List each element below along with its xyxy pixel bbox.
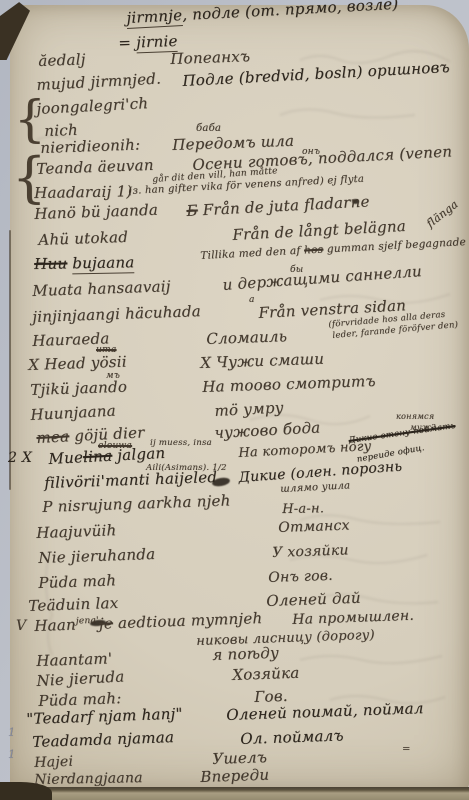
pencil-mark: 1: [8, 726, 15, 739]
superscript-note: elouwa: [98, 441, 132, 451]
entry-word: Ahü utokad: [38, 228, 128, 249]
superscript-note: баба: [196, 123, 221, 134]
pencil-mark: 1: [8, 748, 15, 761]
entry-gloss: Отмансх: [278, 518, 350, 536]
page-header-line: = jirnie: [118, 32, 178, 52]
superscript-note: ij muess, insa: [150, 438, 212, 448]
margin-marker: V: [16, 618, 26, 634]
superscript-note: ита: [96, 345, 116, 355]
superscript-note: jena': [76, 616, 99, 627]
entry-word: Haajuvüih: [36, 521, 117, 542]
strikethrough-text: Б: [186, 201, 198, 220]
strikethrough-text: Huu: [34, 254, 67, 273]
entry-gloss: Хозяйка: [232, 664, 300, 684]
entry-word: Huu bujaana: [34, 253, 135, 273]
entry-word: ăedalj: [38, 50, 86, 70]
entry-word: nieridieonih:: [40, 136, 141, 157]
strikethrough-text: je: [99, 614, 114, 632]
strikethrough-text: hos: [304, 244, 324, 257]
manuscript-photo: jirmnje, подле (от. прямо, возле) = jirn…: [0, 0, 469, 800]
entry-gloss: тӧ умру: [214, 398, 284, 420]
superscript-note: мъ: [106, 371, 120, 381]
under-pages-edge: [0, 787, 469, 800]
entry-gloss: Ол. поймалъ: [240, 726, 344, 748]
entry-word: Teäduin lax: [28, 594, 119, 615]
strikethrough-text: mea: [36, 427, 70, 447]
entry-gloss: Попеанхъ: [170, 47, 251, 68]
entry-gloss: Впереди: [200, 766, 270, 786]
marginal-note: конямся: [396, 412, 434, 421]
entry-gloss: Сломаиль: [206, 327, 287, 348]
entry-gloss: Онъ гов.: [268, 568, 333, 586]
entry-word: Püda mah: [38, 571, 116, 592]
marginal-note: =: [402, 744, 411, 755]
headword-underlined: jirmnje: [126, 6, 183, 29]
entry-word: Hajei: [34, 754, 73, 771]
entry-word: Nierdangjaana: [34, 770, 143, 788]
superscript-note: a: [249, 295, 255, 305]
entry-gloss: Н-а-н.: [282, 501, 324, 517]
margin-marker: X: [28, 356, 40, 374]
entry-word: Haadaraij 1): [34, 182, 133, 202]
equals-sign: =: [118, 34, 131, 52]
margin-marker: 2 X: [8, 450, 32, 466]
interlinear-note: Aili(Asimans). 1/2: [146, 463, 227, 473]
entry-word: Haantam': [36, 649, 113, 670]
entry-gloss: Оленей дай: [266, 589, 361, 610]
entry-gloss: У хозяйки: [272, 542, 349, 561]
entry-gloss: я поѣду: [212, 644, 279, 664]
